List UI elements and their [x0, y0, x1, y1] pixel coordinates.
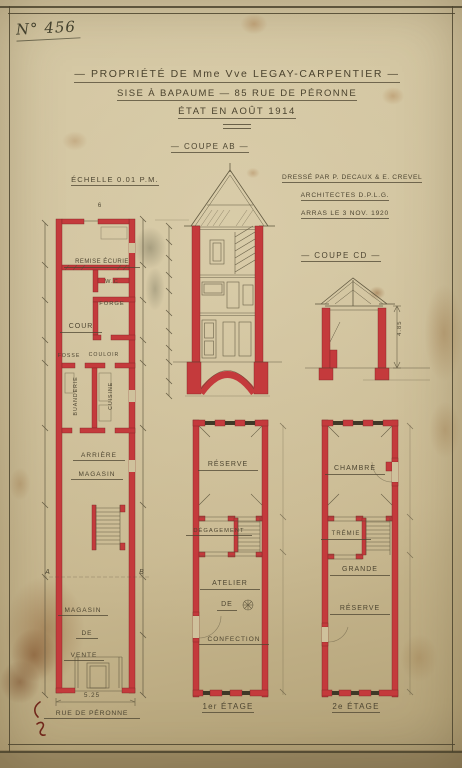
- room-label-magasin-3: VENTE: [64, 652, 104, 661]
- title-divider: [223, 124, 251, 129]
- room-label-tremie: TRÉMIE: [321, 531, 371, 540]
- frame-top-outer: [0, 6, 462, 8]
- room-label-buanderie: BUANDERIE: [74, 368, 80, 424]
- coupe-ab-label: — COUPE AB —: [160, 143, 260, 152]
- dim-tick-6: 6: [94, 203, 106, 210]
- doc-number: N° 456: [16, 18, 81, 41]
- first-floor-plan-drawing: [180, 415, 290, 707]
- room-label-cour: COUR: [60, 323, 102, 333]
- room-label-cuisine: CUISINE: [109, 374, 115, 418]
- room-label-reserve-2e: RÉSERVE: [330, 605, 390, 615]
- street-label: RUE DE PÉRONNE: [44, 710, 140, 719]
- title-line-2: SISE À BAPAUME — 85 RUE DE PÉRONNE: [117, 89, 357, 101]
- room-label-reserve-1er: RÉSERVE: [198, 461, 258, 471]
- width-dimension: 5.25: [74, 693, 110, 700]
- handwritten-mark: [30, 700, 52, 744]
- title-line-3: ÉTAT EN AOÛT 1914: [178, 107, 296, 119]
- credit-block: DRESSÉ PAR P. DECAUX & E. CREVEL ARCHITE…: [282, 166, 408, 220]
- title-block: — PROPRIÉTÉ DE Mme Vve LEGAY-CARPENTIER …: [57, 64, 417, 129]
- room-label-atelier-1: ATELIER: [200, 580, 260, 590]
- room-label-forge: FORGE: [92, 301, 132, 307]
- coupe-cd-height-dimension: 4.85: [397, 316, 403, 340]
- section-marker-a: A: [42, 569, 54, 577]
- scale-note: ÉCHELLE 0.01 P.M.: [60, 176, 170, 184]
- credit-line-1: DRESSÉ PAR P. DECAUX & E. CREVEL: [282, 174, 422, 183]
- room-label-remise: REMISE ÉCURIE: [64, 259, 140, 268]
- room-label-degagement: DÉGAGEMENT: [186, 528, 252, 536]
- coupe-cd-drawing: [305, 262, 437, 394]
- section-marker-b: B: [136, 569, 148, 577]
- stain: [236, 10, 272, 38]
- coupe-ab-text: — COUPE AB —: [171, 142, 249, 153]
- stain: [58, 128, 92, 154]
- coupe-cd-label: — COUPE CD —: [291, 252, 391, 261]
- room-label-magasin-1: MAGASIN: [58, 607, 108, 616]
- frame-bottom-inner: [8, 744, 455, 745]
- coupe-cd-text: — COUPE CD —: [301, 251, 380, 262]
- frame-left: [9, 6, 10, 752]
- scale-note-text: ÉCHELLE 0.01 P.M.: [71, 175, 159, 186]
- second-floor-caption-text: 2e ÉTAGE: [332, 702, 379, 713]
- room-label-arriere-1: ARRIÈRE: [73, 452, 125, 461]
- credit-line-2: ARCHITECTES D.P.L.G.: [301, 192, 390, 201]
- room-label-atelier-2: DE: [217, 601, 237, 611]
- room-label-chambre: CHAMBRE: [325, 465, 385, 475]
- stain: [6, 462, 34, 506]
- first-floor-caption: 1er ÉTAGE: [188, 703, 268, 712]
- coupe-ab-drawing: [155, 160, 300, 405]
- drawing-sheet: N° 456 — PROPRIÉTÉ DE Mme Vve LEGAY-CARP…: [0, 0, 462, 768]
- frame-top-inner: [8, 13, 455, 14]
- first-floor-caption-text: 1er ÉTAGE: [202, 702, 253, 713]
- second-floor-caption: 2e ÉTAGE: [316, 703, 396, 712]
- room-label-fosse: FOSSE: [55, 354, 83, 360]
- room-label-atelier-3: CONFECTION: [199, 636, 269, 645]
- room-label-magasin-2: DE: [76, 630, 98, 639]
- frame-bottom-outer: [0, 751, 462, 753]
- room-label-grande: GRANDE: [330, 566, 390, 576]
- room-label-wc: W.C: [101, 279, 123, 285]
- title-line-1: — PROPRIÉTÉ DE Mme Vve LEGAY-CARPENTIER …: [74, 69, 399, 83]
- credit-line-3: ARRAS LE 3 NOV. 1920: [301, 210, 389, 219]
- second-floor-plan-drawing: [310, 415, 430, 707]
- room-label-couloir: COULOIR: [85, 353, 123, 359]
- room-label-arriere-2: MAGASIN: [71, 471, 123, 480]
- frame-right: [452, 6, 453, 752]
